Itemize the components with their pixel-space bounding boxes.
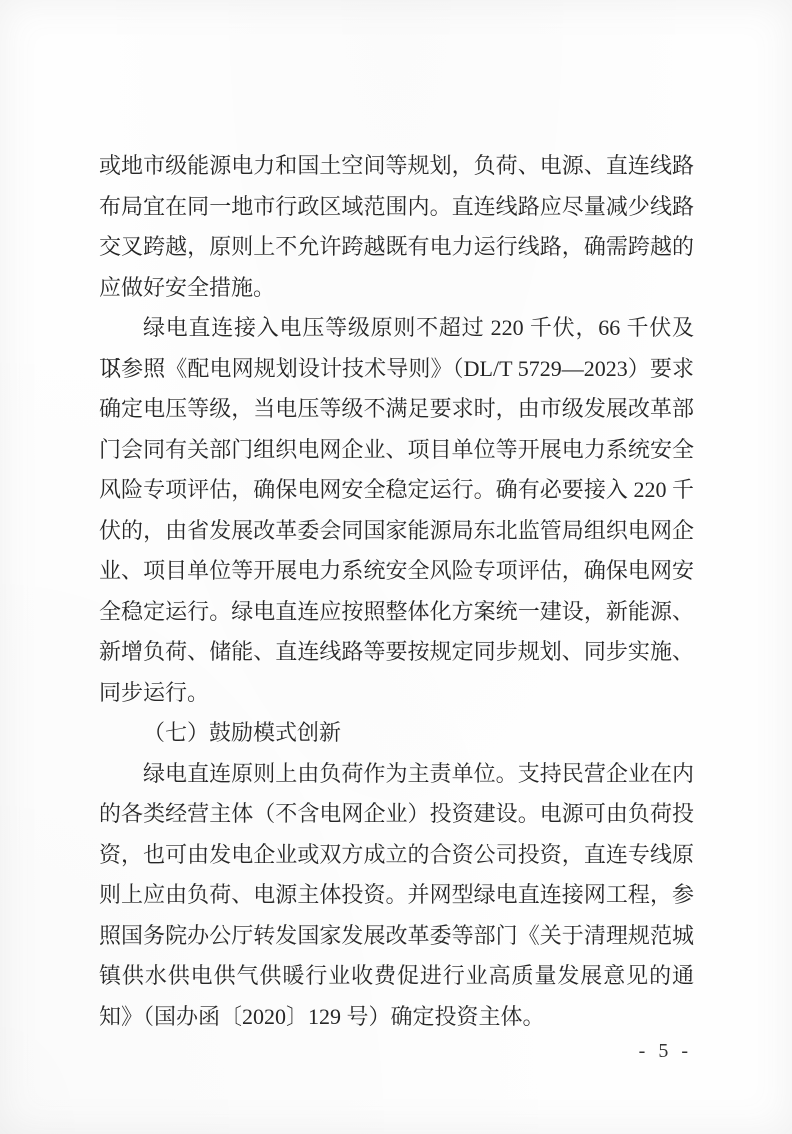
text-line: 绿电直连原则上由负荷作为主责单位。支持民营企业在内 <box>99 754 694 795</box>
text-line: 镇供水供电供气供暖行业收费促进行业高质量发展意见的通 <box>99 956 694 997</box>
text-line: 则上应由负荷、电源主体投资。并网型绿电直连接网工程，参 <box>99 875 694 916</box>
page-number: - 5 - <box>639 1036 692 1066</box>
text-line: 新增负荷、储能、直连线路等要按规定同步规划、同步实施、 <box>99 632 694 673</box>
text-line: 业、项目单位等开展电力系统安全风险专项评估，确保电网安 <box>99 551 694 592</box>
document-page: 或地市级能源电力和国土空间等规划，负荷、电源、直连线路布局宜在同一地市行政区域范… <box>0 0 792 1134</box>
text-line: 下参照《配电网规划设计技术导则》（DL/T 5729—2023）要求 <box>99 349 694 390</box>
text-line: 布局宜在同一地市行政区域范围内。直连线路应尽量减少线路 <box>99 187 694 228</box>
text-line: 交叉跨越，原则上不允许跨越既有电力运行线路，确需跨越的 <box>99 227 694 268</box>
text-line: 的各类经营主体（不含电网企业）投资建设。电源可由负荷投 <box>99 794 694 835</box>
text-line: 绿电直连接入电压等级原则不超过 220 千伏，66 千伏及以 <box>99 308 694 349</box>
text-line: 资，也可由发电企业或双方成立的合资公司投资，直连专线原 <box>99 835 694 876</box>
text-line: 门会同有关部门组织电网企业、项目单位等开展电力系统安全 <box>99 430 694 471</box>
text-line: 风险专项评估，确保电网安全稳定运行。确有必要接入 220 千 <box>99 470 694 511</box>
section-heading: （七）鼓励模式创新 <box>99 713 694 754</box>
text-line: 同步运行。 <box>99 673 694 714</box>
text-line: 确定电压等级，当电压等级不满足要求时，由市级发展改革部 <box>99 389 694 430</box>
text-line: 应做好安全措施。 <box>99 268 694 309</box>
text-line: 伏的，由省发展改革委会同国家能源局东北监管局组织电网企 <box>99 511 694 552</box>
text-line: 或地市级能源电力和国土空间等规划，负荷、电源、直连线路 <box>99 146 694 187</box>
text-line: 照国务院办公厅转发国家发展改革委等部门《关于清理规范城 <box>99 916 694 957</box>
document-body: 或地市级能源电力和国土空间等规划，负荷、电源、直连线路布局宜在同一地市行政区域范… <box>99 146 694 1037</box>
text-line: 全稳定运行。绿电直连应按照整体化方案统一建设，新能源、 <box>99 592 694 633</box>
text-line: 知》（国办函〔2020〕129 号）确定投资主体。 <box>99 997 694 1038</box>
